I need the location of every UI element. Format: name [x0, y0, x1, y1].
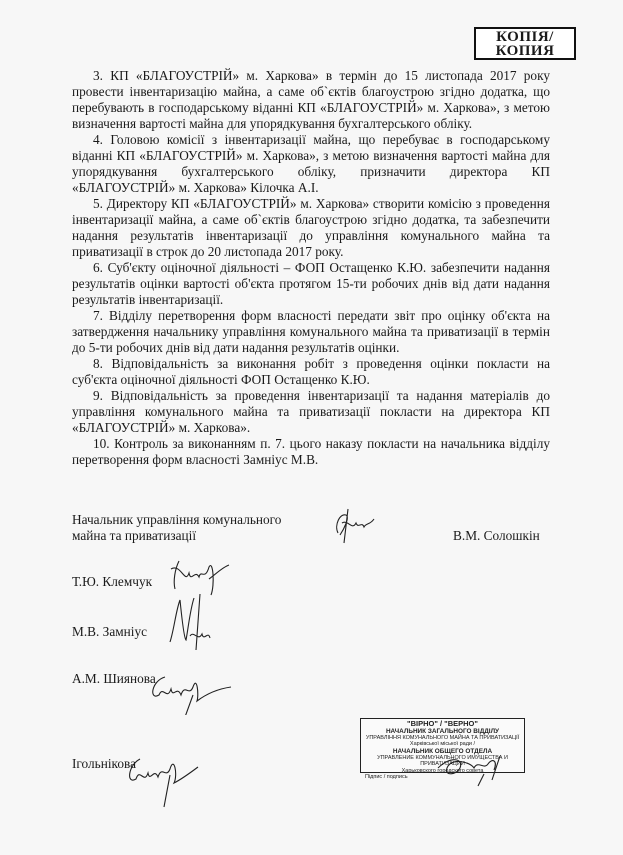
- stamp-line-verno: "ВІРНО" / "ВЕРНО": [361, 720, 524, 728]
- approval-klemchuk: Т.Ю. Клемчук: [72, 574, 152, 590]
- signatory-title-line2: майна та приватизації: [72, 528, 281, 544]
- paragraph-9: 9. Відповідальність за проведення інвент…: [72, 388, 550, 436]
- paragraph-6: 6. Суб'єкту оціночної діяльності – ФОП О…: [72, 260, 550, 308]
- copy-stamp: КОПІЯ/ КОПИЯ: [474, 27, 576, 60]
- copy-stamp-line1: КОПІЯ/: [476, 30, 574, 44]
- signatory-name: В.М. Солошкін: [453, 528, 540, 544]
- stamp-line-head-ua: НАЧАЛЬНИК ЗАГАЛЬНОГО ВІДДІЛУ: [361, 728, 524, 735]
- paragraph-8: 8. Відповідальність за виконання робіт з…: [72, 356, 550, 388]
- approval-zamnius: М.В. Замніус: [72, 624, 147, 640]
- signature-igolnikova-icon: [122, 745, 202, 810]
- copy-stamp-line2: КОПИЯ: [476, 44, 574, 58]
- paragraph-5: 5. Директору КП «БЛАГОУСТРІЙ» м. Харкова…: [72, 196, 550, 260]
- signature-shiyanova-icon: [145, 665, 235, 715]
- signature-zamnius-icon: [160, 590, 220, 650]
- signatory-title-line1: Начальник управління комунального: [72, 512, 281, 528]
- paragraph-3: 3. КП «БЛАГОУСТРІЙ» м. Харкова» в термін…: [72, 68, 550, 132]
- paragraph-7: 7. Відділу перетворення форм власності п…: [72, 308, 550, 356]
- signature-stamp-icon: [430, 748, 510, 788]
- order-body: 3. КП «БЛАГОУСТРІЙ» м. Харкова» в термін…: [72, 68, 550, 468]
- signature-head-icon: [330, 505, 380, 545]
- paragraph-4: 4. Головою комісії з інвентаризації майн…: [72, 132, 550, 196]
- paragraph-10: 10. Контроль за виконанням п. 7. цього н…: [72, 436, 550, 468]
- approval-shiyanova: А.М. Шиянова: [72, 671, 156, 687]
- signatory-title: Начальник управління комунального майна …: [72, 512, 281, 544]
